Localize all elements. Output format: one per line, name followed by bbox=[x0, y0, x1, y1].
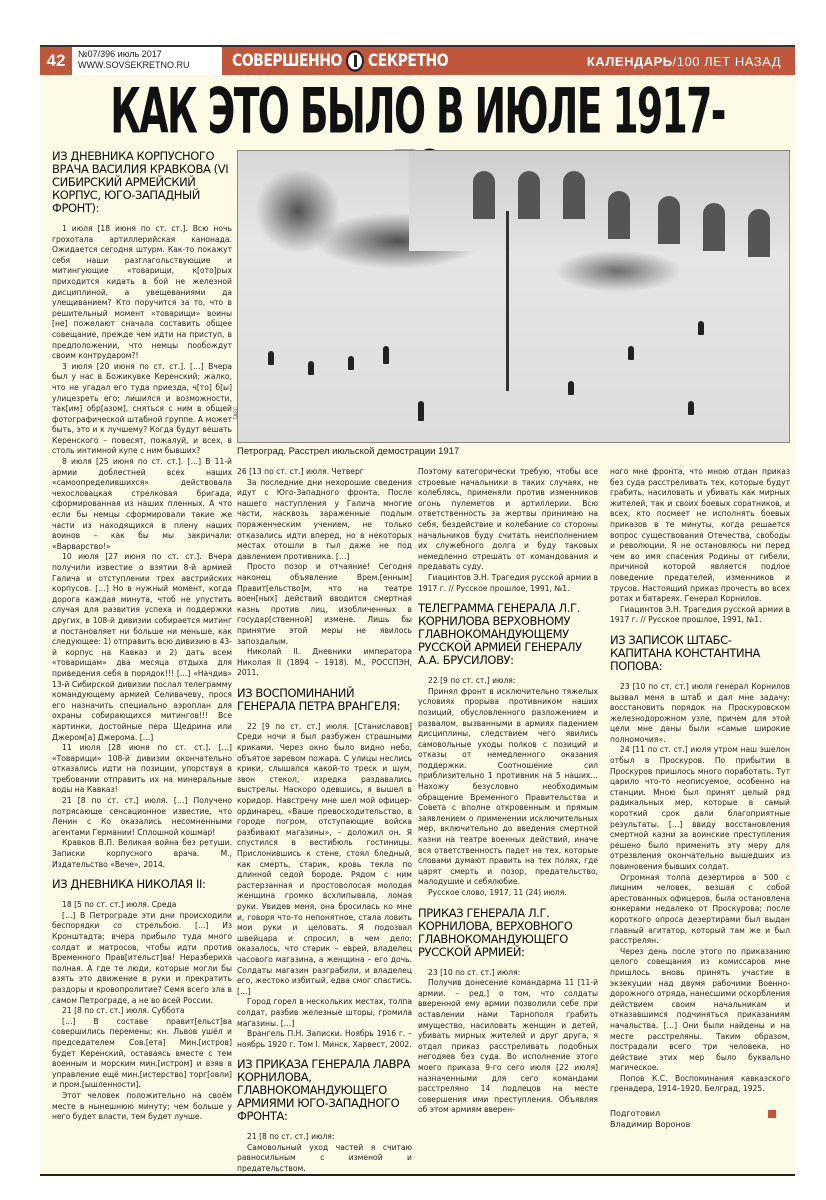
diary-date: 26 [13 по ст. ст.] июля. Четверг bbox=[237, 467, 412, 478]
col4-heading: ИЗ ЗАПИСОК ШТАБС-КАПИТАНА КОНСТАНТИНА ПО… bbox=[610, 634, 790, 673]
paragraph: ного мне фронта, что мною отдан приказ б… bbox=[610, 467, 790, 605]
col2-heading: ИЗ ВОСПОМИНАНИЙ ГЕНЕРАЛА ПЕТРА ВРАНГЕЛЯ: bbox=[237, 687, 412, 713]
source-citation: Попов К.С. Воспоминания кавказского грен… bbox=[610, 1074, 790, 1095]
byline-label: Подготовил bbox=[610, 1109, 790, 1120]
paragraph: 21 [8 по ст. ст.] июля. […] Получено пот… bbox=[52, 796, 232, 838]
byline-name: Владимир Воронов bbox=[610, 1120, 790, 1131]
paragraph: 10 июля [27 июня по ст. ст.]. Вчера полу… bbox=[52, 552, 232, 743]
historical-photo bbox=[237, 150, 790, 443]
brand-right: СЕКРЕТНО bbox=[368, 51, 448, 70]
paragraph: […] В составе правит[ельст]ва совершилис… bbox=[52, 1017, 232, 1091]
section-rest: /100 ЛЕТ НАЗАД bbox=[673, 54, 781, 69]
paragraph: Через день после этого по приказанию цел… bbox=[610, 947, 790, 1074]
paragraph: Получив донесение командарма 11 [11-й ар… bbox=[418, 978, 598, 1116]
photo-figure bbox=[418, 401, 424, 421]
keyhole-logo-icon bbox=[346, 50, 364, 72]
order-date: 23 [10 по ст. ст.] июля: bbox=[418, 968, 598, 979]
masthead: 42 №07/396 июль 2017 WWW.SOVSEKRETNO.RU … bbox=[40, 45, 795, 75]
brand-bar: СОВЕРШЕННО СЕКРЕТНО КАЛЕНДАРЬ/100 ЛЕТ НА… bbox=[222, 47, 795, 75]
end-of-article-mark bbox=[768, 1110, 776, 1118]
source-citation: Врангель П.Н. Записки. Ноябрь 1916 г. – … bbox=[237, 1029, 412, 1050]
col1-heading-2: ИЗ ДНЕВНИКА НИКОЛАЯ II: bbox=[52, 878, 232, 891]
photo-lamppost bbox=[506, 211, 509, 391]
paragraph: Огромная толпа дезертиров в 500 с лишним… bbox=[610, 873, 790, 947]
photo-figure bbox=[688, 401, 694, 415]
photo-arch bbox=[658, 196, 680, 244]
photo-arch bbox=[748, 209, 770, 257]
column-4: ного мне фронта, что мною отдан приказ б… bbox=[610, 467, 790, 1130]
column-1: ИЗ ДНЕВНИКА КОРПУСНОГО ВРАЧА ВАСИЛИЯ КРА… bbox=[52, 150, 232, 1123]
photo-arch bbox=[518, 171, 540, 219]
paragraph: 8 июля [25 июня по ст. ст.]. […] В 11-й … bbox=[52, 457, 232, 552]
brand-logo: СОВЕРШЕННО СЕКРЕТНО bbox=[232, 50, 448, 72]
section-bold: КАЛЕНДАРЬ bbox=[587, 54, 673, 69]
diary-date: 18 [5 по ст. ст.] июля. Среда bbox=[52, 900, 232, 911]
paragraph: За последние дни нехорошие сведения идут… bbox=[237, 478, 412, 563]
page-number: 42 bbox=[40, 47, 72, 75]
paragraph: 23 [10 по ст. ст.] июля генерал Корнилов… bbox=[610, 682, 790, 746]
order-date: 21 [8 по ст. ст.] июля: bbox=[237, 1132, 412, 1143]
photo-figure bbox=[568, 381, 574, 395]
photo-figure bbox=[348, 356, 354, 370]
photo-arch bbox=[563, 171, 585, 219]
paragraph: […] В Петрограде эти дни происходили бес… bbox=[52, 911, 232, 1006]
photo-figure bbox=[308, 361, 314, 375]
section-label: КАЛЕНДАРЬ/100 ЛЕТ НАЗАД bbox=[587, 54, 781, 69]
bottom-rule bbox=[40, 1174, 795, 1176]
paragraph: 24 [11 по ст. ст.] июля утром наш эшелон… bbox=[610, 745, 790, 872]
col2-heading-2: ИЗ ПРИКАЗА ГЕНЕРАЛА ЛАВРА КОРНИЛОВА, ГЛА… bbox=[237, 1058, 412, 1123]
photo-caption: Петроград. Расстрел июльской демострации… bbox=[237, 446, 459, 457]
source-citation: Николай II. Дневники императора Николая … bbox=[237, 647, 412, 679]
paragraph: Этот человек положительно на своём месте… bbox=[52, 1091, 232, 1123]
photo-figure bbox=[698, 321, 704, 335]
photo-figure bbox=[628, 346, 634, 360]
paragraph: Самовольный уход частей я считаю равноси… bbox=[237, 1143, 412, 1175]
paragraph: Город горел в нескольких местах, толпа с… bbox=[237, 997, 412, 1029]
source-citation: Гиацинтов Э.Н. Трагедия русской армии в … bbox=[418, 573, 598, 594]
order-date: 22 [9 по ст. ст.] июля: bbox=[418, 676, 598, 687]
website-link[interactable]: WWW.SOVSEKRETNO.RU bbox=[78, 60, 216, 71]
paragraph: Принял фронт в исключительно тяжелых усл… bbox=[418, 687, 598, 888]
issue-number: №07/396 июль 2017 bbox=[78, 49, 216, 60]
column-3: Поэтому категорически требую, чтобы все … bbox=[418, 467, 598, 1116]
photo-figure bbox=[383, 346, 389, 364]
photo-arch bbox=[703, 203, 725, 251]
source-citation: Кравков В.П. Великая война без ретуши. З… bbox=[52, 838, 232, 870]
source-citation: Русское слово, 1917, 11 (24) июля. bbox=[418, 888, 598, 899]
paragraph: 3 июля [20 июня по ст. ст.]. […] Вчера б… bbox=[52, 362, 232, 457]
issue-info: №07/396 июль 2017 WWW.SOVSEKRETNO.RU bbox=[72, 47, 222, 75]
photo-arch bbox=[473, 171, 495, 219]
paragraph: 1 июля [18 июня по ст. ст.]. Всю ночь гр… bbox=[52, 224, 232, 362]
paragraph: Просто позор и отчаяние! Сегодня наконец… bbox=[237, 562, 412, 647]
col3-heading: ТЕЛЕГРАММА ГЕНЕРАЛА Л.Г. КОРНИЛОВА ВЕРХО… bbox=[418, 602, 598, 667]
column-2: 26 [13 по ст. ст.] июля. Четверг За посл… bbox=[237, 467, 412, 1175]
diary-date: 21 [8 по ст. ст.] июля. Суббота bbox=[52, 1006, 232, 1017]
paragraph: 22 [9 по ст. ст.] июля. [Станиславов] Ср… bbox=[237, 722, 412, 997]
paragraph: 11 июля [28 июня по ст. ст.]. […] «Товар… bbox=[52, 743, 232, 796]
photo-arch bbox=[608, 191, 630, 239]
col3-heading-2: ПРИКАЗ ГЕНЕРАЛА Л.Г. КОРНИЛОВА, ВЕРХОВНО… bbox=[418, 907, 598, 959]
brand-left: СОВЕРШЕННО bbox=[232, 51, 342, 70]
source-citation: Гиацинтов Э.Н. Трагедия русской армии в … bbox=[610, 605, 790, 626]
photo-credit: ТАСС bbox=[234, 406, 240, 419]
photo-building bbox=[409, 151, 789, 251]
paragraph: Поэтому категорически требую, чтобы все … bbox=[418, 467, 598, 573]
photo-figure bbox=[268, 351, 274, 365]
col1-heading: ИЗ ДНЕВНИКА КОРПУСНОГО ВРАЧА ВАСИЛИЯ КРА… bbox=[52, 150, 232, 215]
